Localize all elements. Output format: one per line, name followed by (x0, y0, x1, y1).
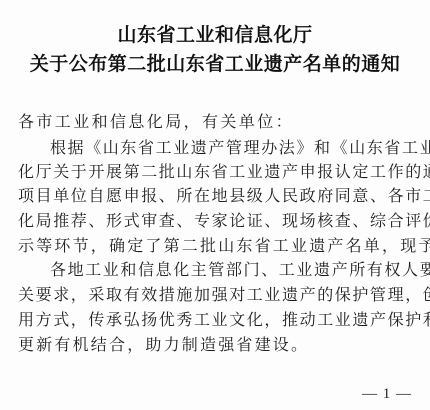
paragraph-line: 关要求，采取有效措施加强对工业遗产的保护管理，创新活化利 (18, 285, 418, 305)
document-title-issuer: 山东省工业和信息化厅 (0, 20, 430, 47)
paragraph-line: 更新有机结合，助力制造强省建设。 (18, 335, 418, 355)
paragraph-line: 化厅关于开展第二批山东省工业遗产申报认定工作的通知》，经 (18, 162, 418, 182)
document-title-subject: 关于公布第二批山东省工业遗产名单的通知 (0, 49, 430, 76)
paragraph-line: 示等环节，确定了第二批山东省工业遗产名单，现予以公布。 (18, 236, 418, 256)
salutation: 各市工业和信息化局，有关单位： (18, 112, 418, 132)
paragraph-line: 用方式，传承弘扬优秀工业文化，推动工业遗产保护利用与城市 (18, 310, 418, 330)
page-number: — 1 — (362, 386, 412, 403)
paragraph-line: 根据《山东省工业遗产管理办法》和《山东省工业和信息 (50, 138, 418, 158)
paragraph-line: 项目单位自愿申报、所在地县级人民政府同意、各市工业和信息 (18, 186, 418, 206)
paragraph-line: 化局推荐、形式审查、专家论证、现场核查、综合评价和网上公 (18, 211, 418, 231)
paragraph-line: 各地工业和信息化主管部门、工业遗产所有权人要按照相 (50, 260, 418, 280)
document-page: 山东省工业和信息化厅 关于公布第二批山东省工业遗产名单的通知 各市工业和信息化局… (0, 0, 430, 410)
